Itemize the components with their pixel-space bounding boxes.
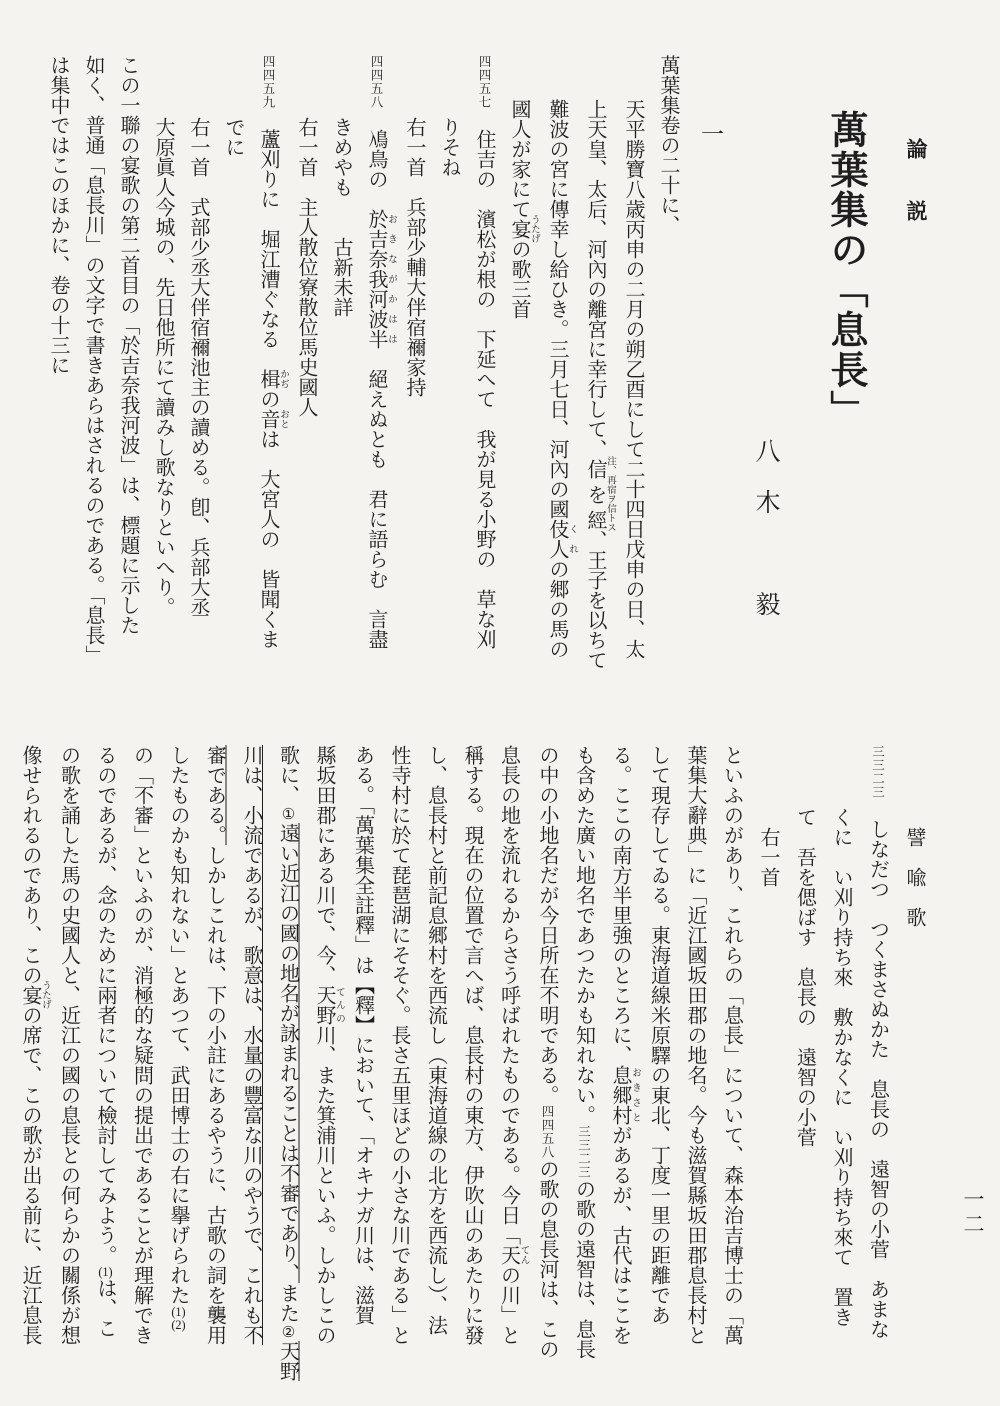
text-run: 上天皇、太后、河內の離宮に幸行して、 (584, 99, 606, 459)
text-run: 萬葉集卷の二十に、 (657, 55, 679, 235)
text-run: 譬 喩 歌 (903, 827, 925, 927)
text-column: 三三二三 しなだつ つくまさぬかた 息長の 遠智の小菅 あまな (859, 745, 896, 1406)
text-run: の歌の息長河は、この (536, 1159, 558, 1359)
text-column: 大原眞人今城の、先日他所にて讀みし歌なりといへり。 (145, 55, 180, 735)
ruby-annotated-text: 楫かぢ (257, 369, 279, 389)
text-run: しなだつ つくまさぬかた 息長の 遠智の小菅 あまな (867, 799, 889, 1339)
text-run: の郷の馬の (546, 559, 568, 659)
text-run: は、こ (94, 1278, 116, 1338)
text-run: の席で、この歌が出る前に、近江息長 (19, 1005, 41, 1345)
emphasized-text: 審である。 (204, 745, 226, 845)
text-column: 息長の地を流れるからさう呼ばれたものである。今日「天てんの川」と (490, 745, 529, 1406)
poem-number: 三三二三 (577, 1125, 591, 1179)
text-column: も含めた廣い地名であつたかも知れない。三三二三の歌の遠智は、息長 (565, 745, 602, 1406)
text-run: 難波の宮に傳幸し給ひき。三月七日、河內の國 (546, 99, 568, 519)
text-column: 川は、小流であるが、歌意は、水量の豐富な川のやうで、これも不 (233, 745, 270, 1406)
text-run: 絕えぬとも 君に語らむ 言盡 (365, 349, 387, 649)
poem-number: 四四五九 (261, 55, 275, 109)
text-run: は集中ではこのほかに、卷の十三に (47, 55, 69, 375)
text-run: の歌の遠智は、息長 (573, 1179, 595, 1359)
text-run: て 吾を偲ばす 息長の 遠智の小菅 (794, 807, 816, 1147)
text-column: くに い刈り持ち來 敷かなくに い刈り持ち來て 置き (823, 745, 860, 1406)
text-run: 川、また箕浦川といふ。しかしこの (313, 1025, 335, 1345)
text-run: 右一首 主人散位寮散位馬史國人 (295, 117, 317, 417)
text-column: 萬葉集卷の二十に、 (650, 55, 685, 735)
text-column: 國人が家にて宴うたげの歌三首 (501, 55, 539, 735)
text-column: 性寺村に於て琵琶湖にそそぐ。長さ五里ほどの小さな川である」と (381, 745, 418, 1406)
text-run: 像せられるのであり、この (19, 745, 41, 985)
text-run: といふのがあり、これらの「息長」について、森本治吉博士の「萬 (721, 745, 743, 1345)
text-run: るのであるが、念のために兩者について檢討してみよう。 (94, 745, 116, 1265)
text-column: 右一首 兵部少輔大伴宿禰家持 (396, 55, 431, 735)
text-run: して現存してゐる。東海道線米原驛の東北、丁度一里の距離であ (648, 745, 670, 1325)
text-column: 如く、普通「息長川」の文字で書きあらはされるのである。「息長」 (75, 55, 110, 735)
text-run: の歌三首 (508, 239, 530, 319)
ruby-annotated-text: 息郷村おきさと (609, 1065, 631, 1125)
text-column: は集中ではこのほかに、卷の十三に (40, 55, 75, 735)
author-name: 八木 毅 (747, 438, 783, 642)
text-run: また (277, 1283, 299, 1323)
text-run: も含めた廣い地名であつたかも知れない。 (573, 745, 595, 1125)
text-run: ある。「萬葉集全註釋」は【釋】において、「オキナガ川は、滋賀 (352, 745, 374, 1325)
ruby-annotated-text: 伎人くれ (546, 519, 568, 559)
text-run: 住吉の 濱松が根の 下延へて 我が見る小野の 草な刈 (473, 109, 495, 649)
ruby-annotated-text: 於吉奈我河波半おきながかはは (365, 209, 387, 349)
text-column: 稱する。現在の位置で言へば、息長村の東方、伊吹山のあたりに發 (454, 745, 491, 1406)
text-column: ある。「萬葉集全註釋」は【釋】において、「オキナガ川は、滋賀 (344, 745, 381, 1406)
text-column: の「不審」といふのが、消極的な疑問の提出であることが理解でき (123, 745, 160, 1406)
poem-number: 四四五七 (477, 55, 491, 109)
text-column: 右一首 (750, 745, 787, 1406)
text-column: りそね (431, 55, 466, 735)
text-run: 縣坂田郡にある川で、今、 (313, 745, 335, 985)
text-column: 難波の宮に傳幸し給ひき。三月七日、河內の國伎人くれの郷の馬の (539, 55, 577, 735)
ruby-annotated-text: 天てん (498, 1245, 520, 1265)
text-column: 天平勝寶八歳丙申の二月の朔乙酉にして二十四日戊申の日、太 (615, 55, 650, 735)
text-run: る。ここの南方半里強のところに、 (609, 745, 631, 1065)
text-column: 縣坂田郡にある川で、今、天野てんの川、また箕浦川といふ。しかしこの (306, 745, 345, 1406)
text-column: でに (215, 55, 250, 735)
text-column: の歌を誦した馬の史國人と、近江の國の息長との何らかの關係が想 (50, 745, 87, 1406)
ruby-annotated-text: 天野てんの (313, 985, 335, 1025)
text-column: る。ここの南方半里強のところに、息郷村おきさとがあるが、古代はここを (602, 745, 641, 1406)
text-column: して現存してゐる。東海道線米原驛の東北、丁度一里の距離であ (640, 745, 677, 1406)
inline-reference-number: (2) (171, 1318, 186, 1331)
inline-reference-number: (1) (98, 1265, 113, 1278)
ruby-annotated-text: 信を經注、再宿ヲ信トス (584, 459, 606, 530)
text-column: 譬 喩 歌 (896, 745, 933, 1406)
text-run: 葉集大辭典」に「近江國坂田郡の地名。今も滋賀縣坂田郡息長村と (684, 745, 706, 1345)
text-run: 國人が家にて (508, 99, 530, 219)
poem-number: 三三二三 (871, 745, 885, 799)
text-run: きめやも 古新未詳 (330, 117, 352, 317)
ruby-annotated-text: 宴うたげ (19, 985, 41, 1005)
text-column: るのであるが、念のために兩者について檢討してみよう。(1)は、こ (87, 745, 124, 1406)
poem-number: 四四五八 (540, 1105, 554, 1159)
emphasized-text: 遠い近江の國の地名が詠まれることは不審であり、 (277, 823, 299, 1283)
text-run: 性寺村に於て琵琶湖にそそぐ。長さ五里ほどの小さな川である」と (388, 745, 410, 1345)
inline-reference-number: (1) (171, 1305, 186, 1318)
emphasized-text: 天野 (277, 1341, 299, 1381)
text-run: の中の小地名だが今日所在不明である。 (536, 745, 558, 1105)
article-title: 萬葉集の「息長」 (818, 110, 873, 430)
text-column: 四四五八 鳰鳥の 於吉奈我河波半おきながかはは 絕えぬとも 君に語らむ 言盡 (358, 55, 396, 735)
text-column: て 吾を偲ばす 息長の 遠智の小菅 (786, 745, 823, 1406)
text-run: 如く、普通「息長川」の文字で書きあらはされるのである。「息長」 (82, 55, 104, 665)
ruby-annotated-text: 宴うたげ (508, 219, 530, 239)
text-run: の歌を誦した馬の史國人と、近江の國の息長との何らかの關係が想 (58, 745, 80, 1345)
text-run: 右一首 (757, 827, 779, 887)
text-column: の中の小地名だが今日所在不明である。四四五八の歌の息長河は、この (529, 745, 566, 1406)
text-column: 像せられるのであり、この宴うたげの席で、この歌が出る前に、近江息長 (12, 745, 51, 1406)
page-number: 一二 (958, 1188, 988, 1238)
text-run: の川」と (498, 1265, 520, 1345)
text-run: 歌に、 (277, 745, 299, 805)
text-run: 鳰鳥の (365, 109, 387, 209)
text-run: 、王子を以ちて (584, 530, 606, 670)
text-run: があるが、古代はここを (609, 1125, 631, 1345)
text-run: くに い刈り持ち來 敷かなくに い刈り持ち來て 置き (830, 807, 852, 1327)
text-run: の (257, 389, 279, 409)
circled-number: ① (280, 805, 296, 823)
text-run: りそね (438, 117, 460, 177)
text-column: 右一首 式部少丞大伴宿禰池主の讀める。卽、兵部大丞 (180, 55, 215, 735)
text-column: 四四五九 蘆刈りに 堀江漕ぐなる 楫かぢの音おとは 大宮人の 皆聞くま (250, 55, 288, 735)
section-number: 一 (694, 122, 727, 145)
text-column: 歌に、①遠い近江の國の地名が詠まれることは不審であり、また②天野 (269, 745, 306, 1406)
text-run: でに (222, 117, 244, 157)
text-column: 葉集大辭典」に「近江國坂田郡の地名。今も滋賀縣坂田郡息長村と (677, 745, 714, 1406)
text-run: は 大宮人の 皆聞くま (257, 429, 279, 649)
text-run: し、息長村と前記息郷村を西流し（東海道線の北方を西流し）、法 (425, 745, 447, 1335)
text-column: し、息長村と前記息郷村を西流し（東海道線の北方を西流し）、法 (417, 745, 454, 1406)
text-column: 四四五七 住吉の 濱松が根の 下延へて 我が見る小野の 草な刈 (466, 55, 501, 735)
emphasized-text: 川は、小流であるが、歌意は、水量の豐富な川のやうで、これも不 (240, 745, 262, 1345)
text-column: この一聯の宴歌の第二首目の「於吉奈我河波」は、標題に示した (110, 55, 145, 735)
text-column: したものかも知れない」とあつて、武田博士の右に擧げられた(1)(2) (160, 745, 197, 1406)
text-column: 審である。しかしこれは、下の小註にあるやうに、古歌の詞を襲用 (196, 745, 233, 1406)
text-run: 右一首 式部少丞大伴宿禰池主の讀める。卽、兵部大丞 (187, 117, 209, 617)
text-column: といふのがあり、これらの「息長」について、森本治吉博士の「萬 (713, 745, 750, 1406)
text-run: 天平勝寶八歳丙申の二月の朔乙酉にして二十四日戊申の日、太 (622, 99, 644, 659)
poem-number: 四四五八 (369, 55, 383, 109)
ruby-annotated-text: 音おと (257, 409, 279, 429)
category-label: 論 説 (901, 138, 931, 231)
circled-number: ② (280, 1323, 296, 1341)
text-run: 息長の地を流れるからさう呼ばれたものである。今日「 (498, 745, 520, 1245)
text-run: 右一首 兵部少輔大伴宿禰家持 (403, 117, 425, 397)
text-run: の「不審」といふのが、消極的な疑問の提出であることが理解でき (131, 745, 153, 1345)
text-column: 上天皇、太后、河內の離宮に幸行して、信を經注、再宿ヲ信トス、王子を以ちて (577, 55, 615, 735)
text-run: 蘆刈りに 堀江漕ぐなる (257, 109, 279, 369)
top-band-columns: 萬葉集卷の二十に、天平勝寶八歳丙申の二月の朔乙酉にして二十四日戊申の日、太上天皇… (20, 55, 685, 735)
text-column: 右一首 主人散位寮散位馬史國人 (288, 55, 323, 735)
text-run: 大原眞人今城の、先日他所にて讀みし歌なりといへり。 (152, 117, 174, 617)
text-run: しかしこれは、下の小註にあるやうに、古歌の詞を襲用 (204, 845, 226, 1345)
text-column: きめやも 古新未詳 (323, 55, 358, 735)
text-run: この一聯の宴歌の第二首目の「於吉奈我河波」は、標題に示した (117, 55, 139, 635)
text-run: したものかも知れない」とあつて、武田博士の右に擧げられた (167, 745, 189, 1305)
bottom-band-columns: 譬 喩 歌三三二三 しなだつ つくまさぬかた 息長の 遠智の小菅 あまなくに い… (18, 745, 932, 1406)
text-run: 稱する。現在の位置で言へば、息長村の東方、伊吹山のあたりに發 (461, 745, 483, 1345)
